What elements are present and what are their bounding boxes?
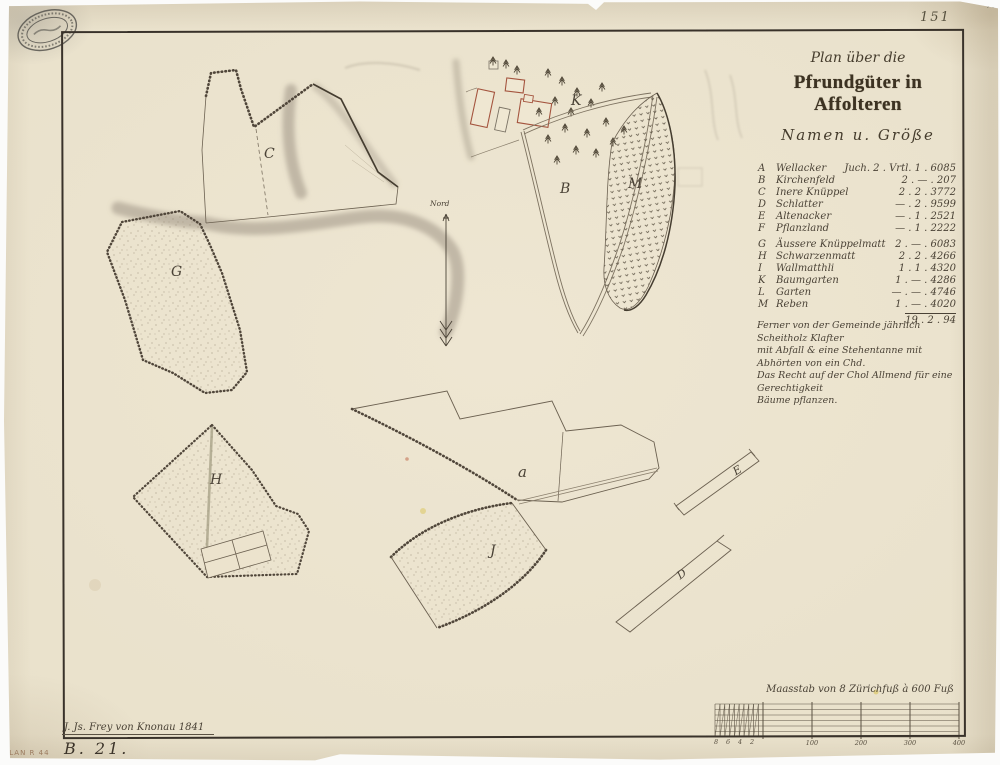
parcel-legend: AWellackerJuch. 2 . Vrtl. 1 . 6085 BKirc… xyxy=(758,163,956,325)
legend-letter: K xyxy=(758,275,776,286)
legend-row: DSchlatter— . 2 . 9599 xyxy=(758,199,956,211)
note-line: Das Recht auf der Chol Allmend für eine … xyxy=(757,370,969,395)
legend-value: 2 . 2 . 3772 xyxy=(899,187,956,198)
surveyor-signature: J. Js. Frey von Knonau 1841 xyxy=(62,722,214,735)
legend-letter: B xyxy=(758,175,776,186)
legend-letter: M xyxy=(758,299,776,310)
legend-row: BKirchenfeld2 . — . 207 xyxy=(758,175,956,187)
note-line: mit Abfall & eine Stehentanne mit Abhört… xyxy=(757,345,969,370)
scale-minor-tick-label: 6 xyxy=(726,738,730,746)
legend-value: 1 . — . 4286 xyxy=(895,275,956,286)
legend-value: 2 . — . 6083 xyxy=(895,239,956,250)
legend-row: GÄussere Knüppelmatt2 . — . 6083 xyxy=(758,239,956,251)
scale-major-tick-label: 100 xyxy=(803,739,821,747)
legend-name: Garten xyxy=(776,287,891,298)
legend-value: — . — . 4746 xyxy=(891,287,956,298)
map-subtitle: Namen u. Größe xyxy=(748,126,968,144)
legend-name: Schwarzenmatt xyxy=(776,251,899,262)
legend-name: Kirchenfeld xyxy=(776,175,901,186)
legend-row: HSchwarzenmatt2 . 2 . 4266 xyxy=(758,251,956,263)
scale-minor-tick-label: 4 xyxy=(738,738,742,746)
legend-letter: G xyxy=(758,239,776,250)
legend-row: MReben1 . — . 4020 xyxy=(758,299,956,311)
legend-value: 1 . 1 . 4320 xyxy=(899,263,956,274)
legend-value: 2 . — . 207 xyxy=(901,175,956,186)
note-paragraph: Ferner von der Gemeinde jährlich Scheith… xyxy=(757,320,969,408)
legend-name: Wallmatthli xyxy=(776,263,899,274)
legend-value: — . 1 . 2222 xyxy=(895,223,956,234)
scale-minor-tick-label: 8 xyxy=(714,738,718,746)
shelf-mark: PLAN R 44 xyxy=(4,749,50,757)
scale-minor-tick-label: 2 xyxy=(750,738,754,746)
scale-major-tick-label: 400 xyxy=(950,739,968,747)
map-supertitle: Plan über die xyxy=(748,50,968,66)
legend-name: Inere Knüppel xyxy=(776,187,899,198)
legend-name: Wellacker xyxy=(776,163,844,174)
legend-value: 1 . — . 4020 xyxy=(895,299,956,310)
legend-row: LGarten— . — . 4746 xyxy=(758,287,956,299)
legend-row: CInere Knüppel2 . 2 . 3772 xyxy=(758,187,956,199)
legend-letter: D xyxy=(758,199,776,210)
legend-value: — . 1 . 2521 xyxy=(895,211,956,222)
legend-row: IWallmatthli1 . 1 . 4320 xyxy=(758,263,956,275)
legend-row: FPflanzland— . 1 . 2222 xyxy=(758,223,956,235)
legend-row: KBaumgarten1 . — . 4286 xyxy=(758,275,956,287)
legend-row: EAltenacker— . 1 . 2521 xyxy=(758,211,956,223)
legend-name: Äussere Knüppelmatt xyxy=(776,239,895,250)
note-line: Bäume pflanzen. xyxy=(757,395,969,408)
legend-letter: F xyxy=(758,223,776,234)
legend-row: AWellackerJuch. 2 . Vrtl. 1 . 6085 xyxy=(758,163,956,175)
legend-name: Pflanzland xyxy=(776,223,895,234)
legend-name: Schlatter xyxy=(776,199,895,210)
legend-letter: H xyxy=(758,251,776,262)
catalog-number: B. 21. xyxy=(64,739,129,758)
legend-letter: I xyxy=(758,263,776,274)
title-block: Plan über die Pfrundgüter in Affolteren … xyxy=(748,50,968,144)
scale-major-tick-label: 200 xyxy=(852,739,870,747)
legend-name: Altenacker xyxy=(776,211,895,222)
legend-value: — . 2 . 9599 xyxy=(895,199,956,210)
scale-bar-label: Maasstab von 8 Zürichfuß à 600 Fuß xyxy=(700,684,1000,695)
scale-major-tick-label: 300 xyxy=(901,739,919,747)
map-title: Pfrundgüter in Affolteren xyxy=(748,72,968,116)
legend-letter: E xyxy=(758,211,776,222)
map-sheet: 151 7. xyxy=(0,0,1000,765)
legend-value: 2 . 2 . 4266 xyxy=(899,251,956,262)
legend-letter: A xyxy=(758,163,776,174)
legend-letter: C xyxy=(758,187,776,198)
legend-name: Reben xyxy=(776,299,895,310)
legend-value: Juch. 2 . Vrtl. 1 . 6085 xyxy=(844,163,956,174)
legend-name: Baumgarten xyxy=(776,275,895,286)
legend-letter: L xyxy=(758,287,776,298)
note-line: Ferner von der Gemeinde jährlich Scheith… xyxy=(757,320,969,345)
